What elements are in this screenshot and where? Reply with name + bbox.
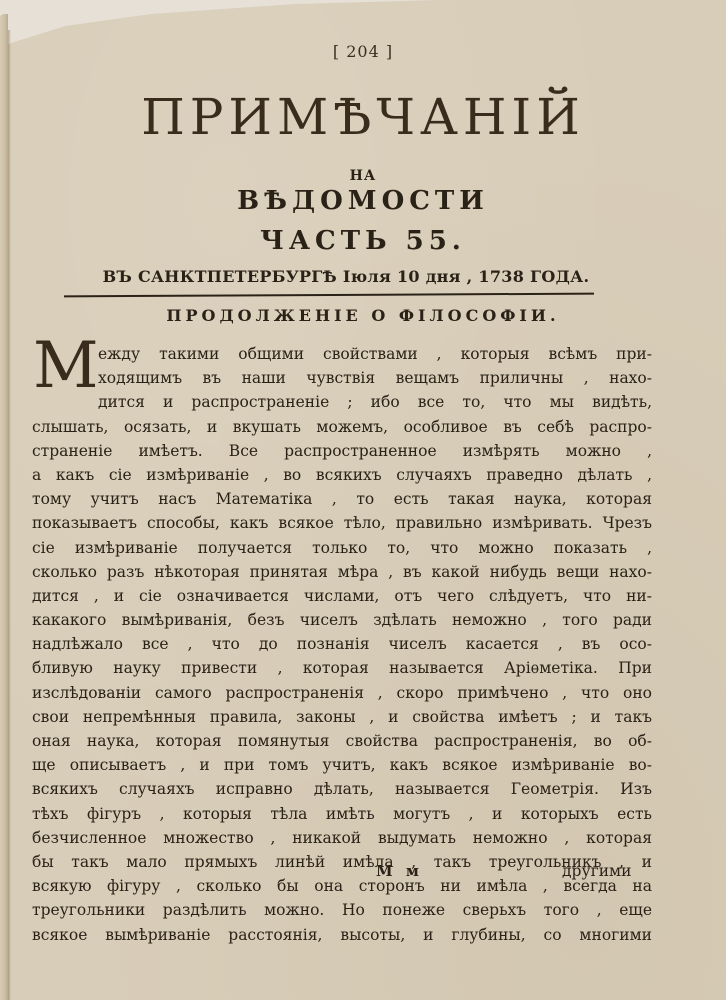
text-line: ще описываетъ , и при томъ учитъ, какъ в…: [32, 753, 652, 777]
text-line: тѣхъ фігуръ , которыя тѣла имѣть могутъ …: [32, 802, 652, 826]
text-line: всякихъ случаяхъ исправно дѣлать, называ…: [32, 777, 652, 801]
text-line: безчисленное множество , никакой выдумат…: [32, 826, 652, 850]
catchword: другими: [562, 862, 631, 880]
text-line: а какъ сіе измѣриваніе , во всякихъ случ…: [32, 463, 652, 487]
text-line: сіе измѣриваніе получается только то, чт…: [32, 536, 652, 560]
text-line: треугольники раздѣлить можно. Но понеже …: [32, 898, 652, 922]
text-line: всякую фігуру , сколько бы она сторонъ н…: [32, 874, 652, 898]
left-page-edge: [0, 14, 8, 1000]
text-line: какакого вымѣриванія, безъ чиселъ здѣлат…: [32, 608, 652, 632]
text-line: свои непремѣнныя правила, законы , и сво…: [32, 705, 652, 729]
text-line: бливую науку привести , которая называет…: [32, 656, 652, 680]
page-number: [ 204 ]: [0, 42, 726, 61]
text-line: бы такъ мало прямыхъ линѣй имѣла , такъ …: [32, 850, 652, 874]
text-line: ходящимъ въ наши чувствія вещамъ приличн…: [32, 366, 652, 390]
section-heading: ПРОДОЛЖЕНІЕ О ФІЛОСОФІИ.: [0, 306, 726, 325]
title-preposition: НА: [0, 168, 726, 184]
text-line: всякое вымѣриваніе расстоянія, высоты, и…: [32, 923, 652, 947]
text-line: дится , и сіе означивается числами, отъ …: [32, 584, 652, 608]
text-line: страненіе имѣетъ. Все распространенное и…: [32, 439, 652, 463]
page-title: ПРИМѢЧАНІЙ: [0, 88, 726, 146]
publication-name: ВѢДОМОСТИ: [0, 186, 726, 216]
signature-mark: М м: [376, 862, 423, 880]
part-number: ЧАСТЬ 55.: [0, 226, 726, 256]
text-line: тому учитъ насъ Математіка , то есть так…: [32, 487, 652, 511]
text-line: сколько разъ нѣкоторая принятая мѣра , в…: [32, 560, 652, 584]
text-line: оная наука, которая помянутыя свойства р…: [32, 729, 652, 753]
text-line: слышать, осязать, и вкушать можемъ, особ…: [32, 415, 652, 439]
body-text: ежду такими общими свойствами , которыя …: [32, 342, 652, 947]
text-line: надлѣжало все , что до познанія чиселъ к…: [32, 632, 652, 656]
text-line: дится и распространеніе ; ибо все то, чт…: [32, 390, 652, 414]
text-line: изслѣдованіи самого распространенія , ск…: [32, 681, 652, 705]
text-line: показываетъ способы, какъ всякое тѣло, п…: [32, 511, 652, 535]
text-line: ежду такими общими свойствами , которыя …: [32, 342, 652, 366]
date-line: ВЪ САНКТПЕТЕРБУРГѢ Іюля 10 дня , 1738 ГО…: [96, 267, 596, 286]
